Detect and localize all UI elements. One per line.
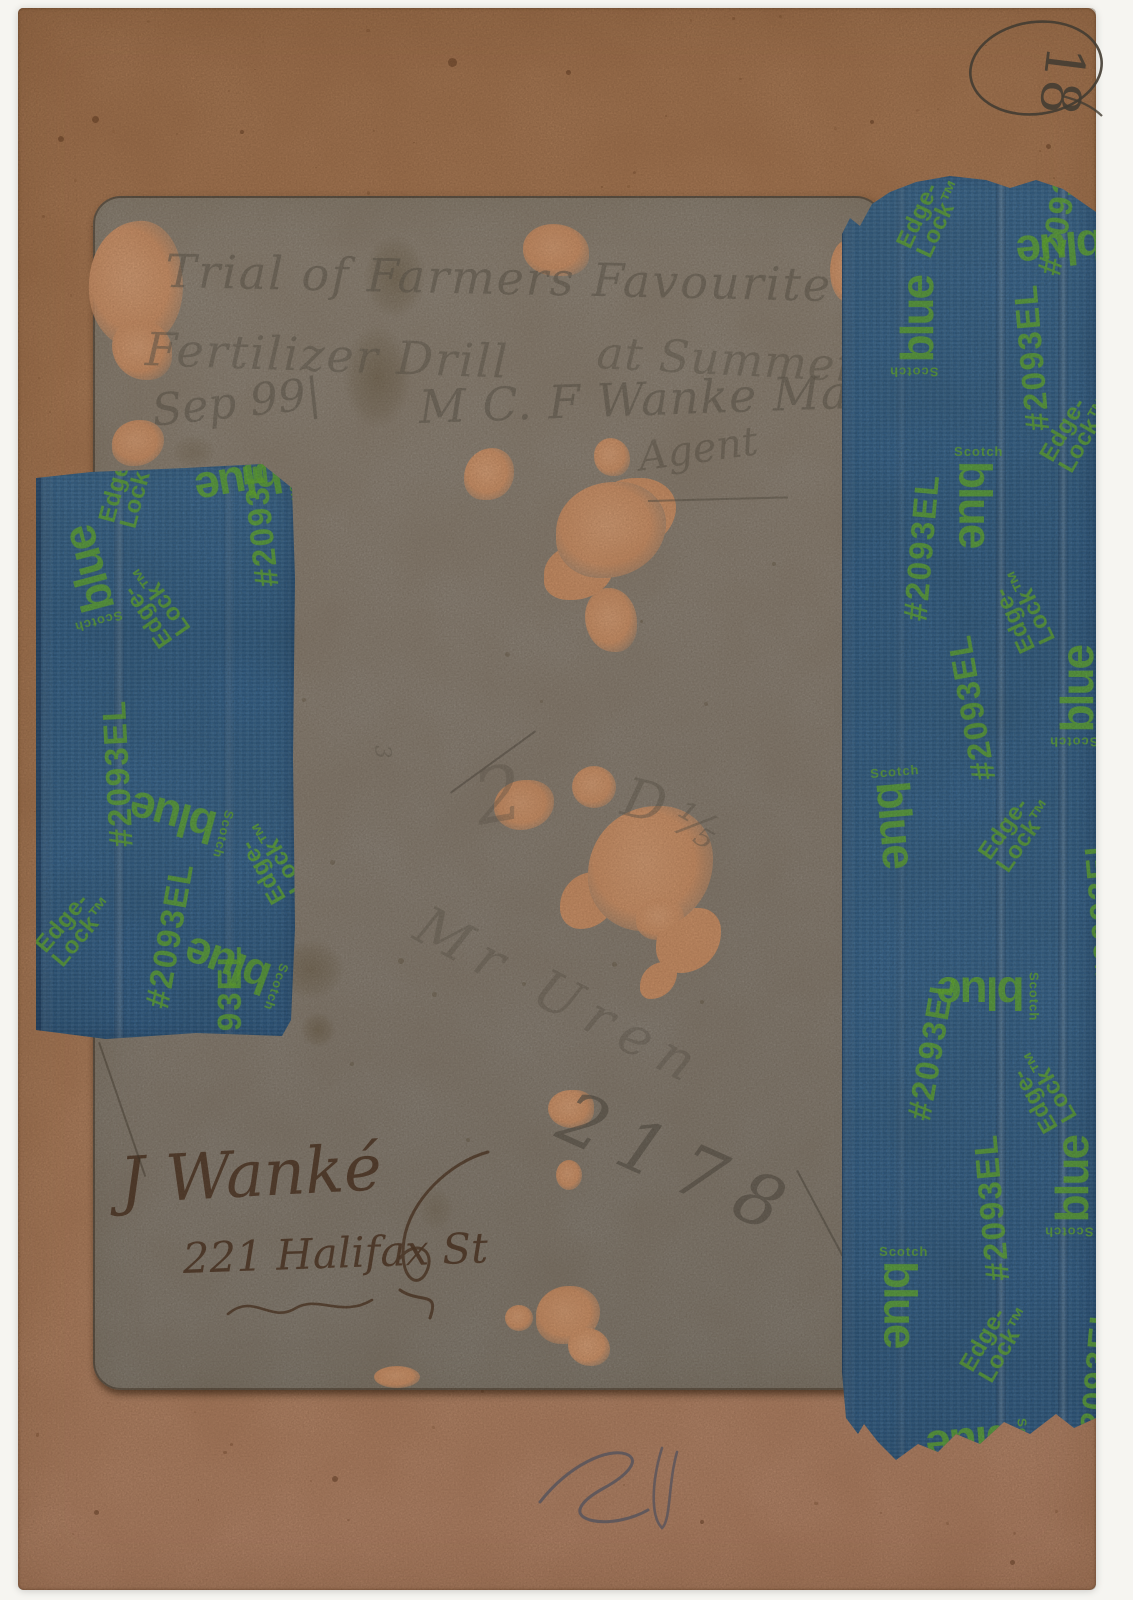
tape-print-logo: Scotchblue [870,764,928,869]
tape-print-sku: #2093EL [900,472,943,622]
tape-print-scotch: Scotch [1028,972,1040,1021]
tape-print-scotch: Scotch [1044,1225,1093,1237]
tape-print-blue: blue [871,779,921,869]
tape-print-scotch: Scotch [954,446,1003,458]
tape-print-scotch: Scotch [1049,735,1096,747]
tape-print-blue: blue [1056,646,1096,733]
tape-print-blue: blue [879,1261,921,1348]
tape-print-sku: #2093EL [904,972,960,1123]
tape-print-logo: Scotchblue [1044,1136,1093,1238]
tape-print-logo: Scotchblue [879,1246,928,1348]
tape-print-sku: #2093EL [970,1132,1013,1282]
tape-print-sku: #2093EL [1010,282,1053,432]
tape-print-blue: blue [1016,224,1096,274]
tape-print-logo: Scotchblue [954,446,1003,548]
tape-print-blue: blue [126,786,221,849]
tape-print-lock: Edge-Lock™ [36,887,112,971]
tape-print-lock: Edge-Lock™ [117,567,194,651]
scanned-photo-verso: Trial of Farmers Favourite Seed Fertiliz… [0,0,1133,1600]
tape-print-scotch: Scotch [879,1246,928,1258]
tape-print-sku: #2093EL [215,944,245,1042]
tape-crease [1058,172,1068,1472]
tape-print-lock: Edge-Lock™ [235,823,296,907]
tape-print-blue: blue [954,461,996,548]
blue-painters-tape-right: Edge-Lock™#2093ELScotchblueScotchblue#20… [838,172,1096,1472]
tape-print-lock: Edge-Lock™ [1007,1052,1081,1136]
tape-print-sku: #2093EL [944,632,1000,783]
tape-print-blue: blue [1051,1136,1093,1223]
tape-print-scotch: Scotch [889,365,938,377]
tape-print-logo: Scotchblue [1049,646,1096,748]
tape-print-blue: blue [896,276,938,363]
tape-print-lock: Edge-Lock™ [975,792,1052,876]
tape-print-logo: Scotchblue [1016,223,1096,281]
tape-print-logo: Scotchblue [889,276,938,378]
blue-painters-tape-left: Edge-Lock™#2093ELScotchblueScotchblueEdg… [36,458,296,1042]
tape-print-scotch: Scotch [870,764,920,780]
tape-print-blue: blue [57,522,120,617]
tape-print-logo: Scotchblue [50,522,124,633]
tape-print-lock: Edge-Lock™ [957,1302,1031,1386]
tape-print-logo: Scotchblue [124,786,235,860]
tape-print-sku: #2093EL [142,860,198,1011]
tape-print-sku: #2093EL [1080,832,1096,982]
